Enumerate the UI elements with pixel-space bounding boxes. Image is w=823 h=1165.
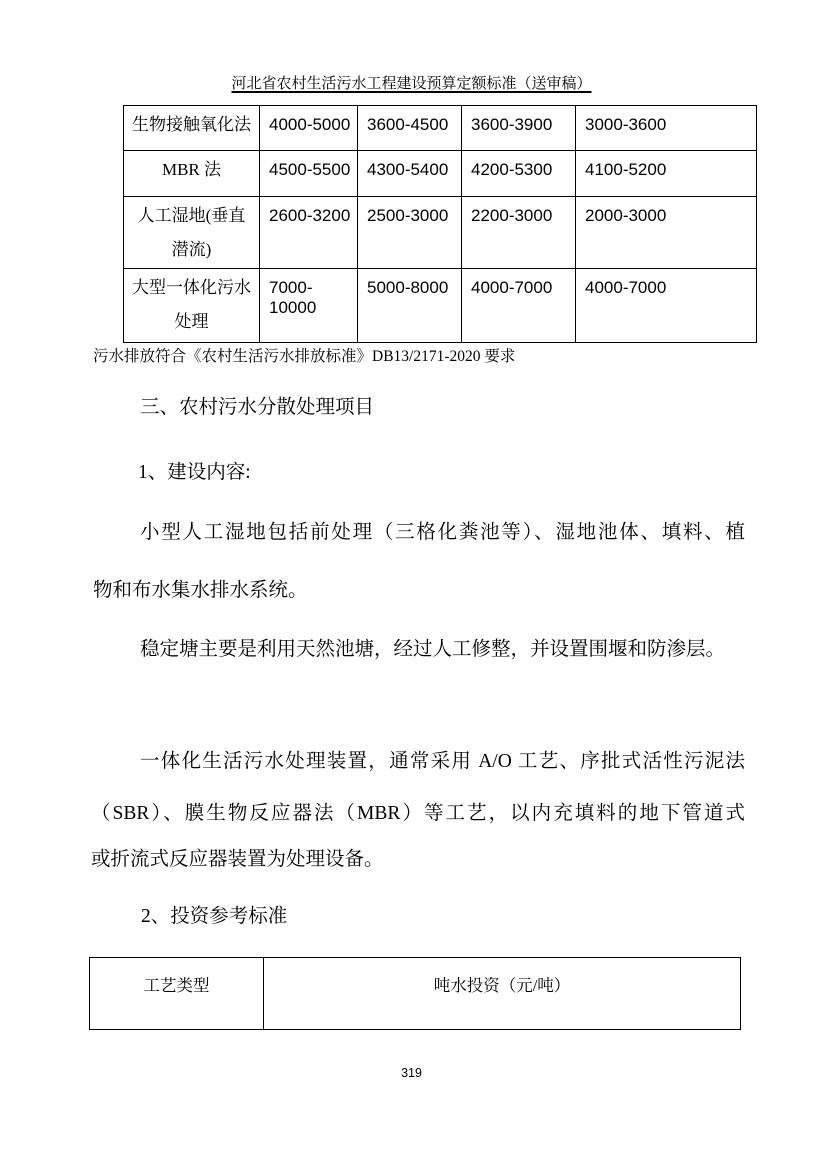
item2-heading: 2、投资参考标准 [141, 905, 287, 929]
process-name-cell: 生物接触氧化法 [124, 106, 260, 151]
process-type-header-cell: 工艺类型 [90, 958, 264, 1030]
process-name-cell: 大型一体化污水 处理 [124, 269, 260, 343]
page-title: 河北省农村生活污水工程建设预算定额标准（送审稿） [0, 72, 823, 93]
investment-value-cell: 4000-5000 [260, 106, 358, 151]
investment-value-cell: 5000-8000 [358, 269, 462, 343]
item1-heading: 1、建设内容: [138, 461, 251, 485]
process-name-cell: MBR 法 [124, 151, 260, 197]
process-name-cell: 人工湿地(垂直 潜流) [124, 197, 260, 269]
table-row: MBR 法 4500-5500 4300-5400 4200-5300 4100… [124, 151, 757, 197]
investment-value-cell: 3600-4500 [358, 106, 462, 151]
table-row: 生物接触氧化法 4000-5000 3600-4500 3600-3900 30… [124, 106, 757, 151]
investment-value-cell: 4200-5300 [462, 151, 576, 197]
investment-value-cell: 3000-3600 [576, 106, 757, 151]
investment-value-cell: 4000-7000 [576, 269, 757, 343]
investment-value-cell: 2200-3000 [462, 197, 576, 269]
paragraph3-line3: 或折流式反应器装置为处理设备。 [91, 848, 384, 872]
investment-value-cell: 4100-5200 [576, 151, 757, 197]
investment-value-cell: 4300-5400 [358, 151, 462, 197]
page-title-text: 河北省农村生活污水工程建设预算定额标准（送审稿） [231, 76, 591, 92]
page-number: 319 [0, 1066, 823, 1080]
paragraph1-line2: 物和布水集水排水系统。 [93, 579, 308, 603]
per-ton-investment-header-cell: 吨水投资（元/吨） [264, 958, 741, 1030]
paragraph2-line: 稳定塘主要是利用天然池塘，经过人工修整，并设置围堰和防渗层。 [140, 638, 725, 662]
table-header-row: 工艺类型 吨水投资（元/吨） [90, 958, 741, 1030]
investment-value-cell: 4000-7000 [462, 269, 576, 343]
document-page: 河北省农村生活污水工程建设预算定额标准（送审稿） 生物接触氧化法 4000-50… [0, 0, 823, 1165]
decentralized-investment-table: 工艺类型 吨水投资（元/吨） [89, 957, 741, 1030]
paragraph3-line2: （SBR）、膜生物反应器法（MBR）等工艺，以内充填料的地下管道式 [91, 802, 745, 828]
centralized-investment-table: 生物接触氧化法 4000-5000 3600-4500 3600-3900 30… [123, 105, 757, 343]
paragraph1-line1: 小型人工湿地包括前处理（三格化粪池等）、湿地池体、填料、植 [140, 521, 745, 547]
investment-value-cell: 3600-3900 [462, 106, 576, 151]
investment-value-cell: 2600-3200 [260, 197, 358, 269]
discharge-standard-note: 污水排放符合《农村生活污水排放标准》DB13/2171-2020 要求 [93, 344, 515, 366]
investment-value-cell: 2000-3000 [576, 197, 757, 269]
table-row: 人工湿地(垂直 潜流) 2600-3200 2500-3000 2200-300… [124, 197, 757, 269]
table-row: 大型一体化污水 处理 7000-10000 5000-8000 4000-700… [124, 269, 757, 343]
investment-value-cell: 2500-3000 [358, 197, 462, 269]
investment-value-cell: 4500-5500 [260, 151, 358, 197]
investment-value-cell: 7000-10000 [260, 269, 358, 343]
section-heading: 三、农村污水分散处理项目 [140, 396, 374, 420]
paragraph3-line1: 一体化生活污水处理装置，通常采用 A/O 工艺、序批式活性污泥法 [140, 750, 745, 776]
